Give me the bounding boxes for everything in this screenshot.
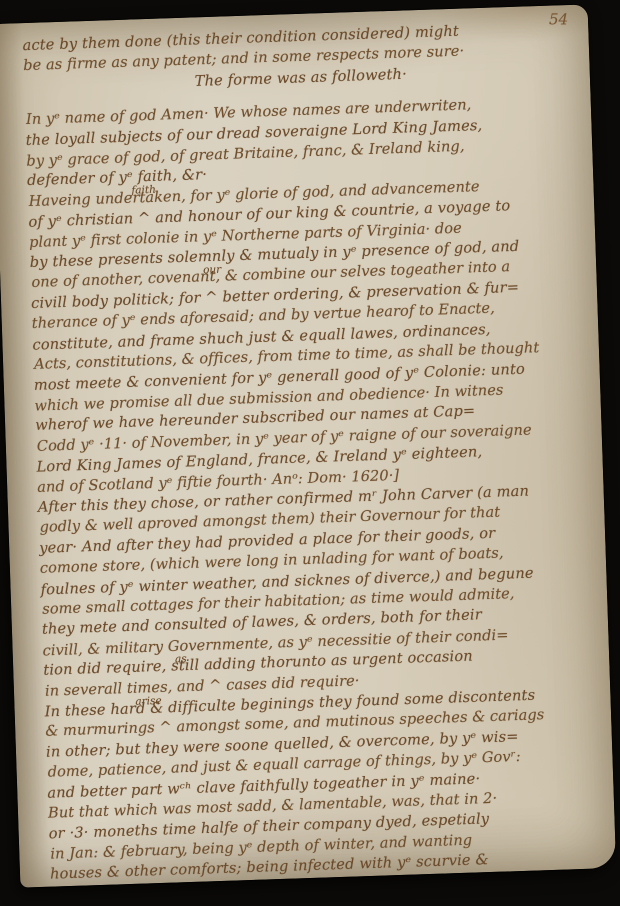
photo-background: 54 acte by them done (this their conditi… bbox=[0, 0, 620, 906]
interlinear-insertion: faith bbox=[131, 185, 156, 196]
manuscript-page: 54 acte by them done (this their conditi… bbox=[0, 4, 616, 887]
manuscript-text-block: acte by them done (this their condition … bbox=[0, 4, 616, 887]
interlinear-insertion: our bbox=[203, 265, 221, 276]
interlinear-insertion: arise bbox=[135, 696, 162, 707]
interlinear-insertion: as bbox=[175, 654, 187, 665]
